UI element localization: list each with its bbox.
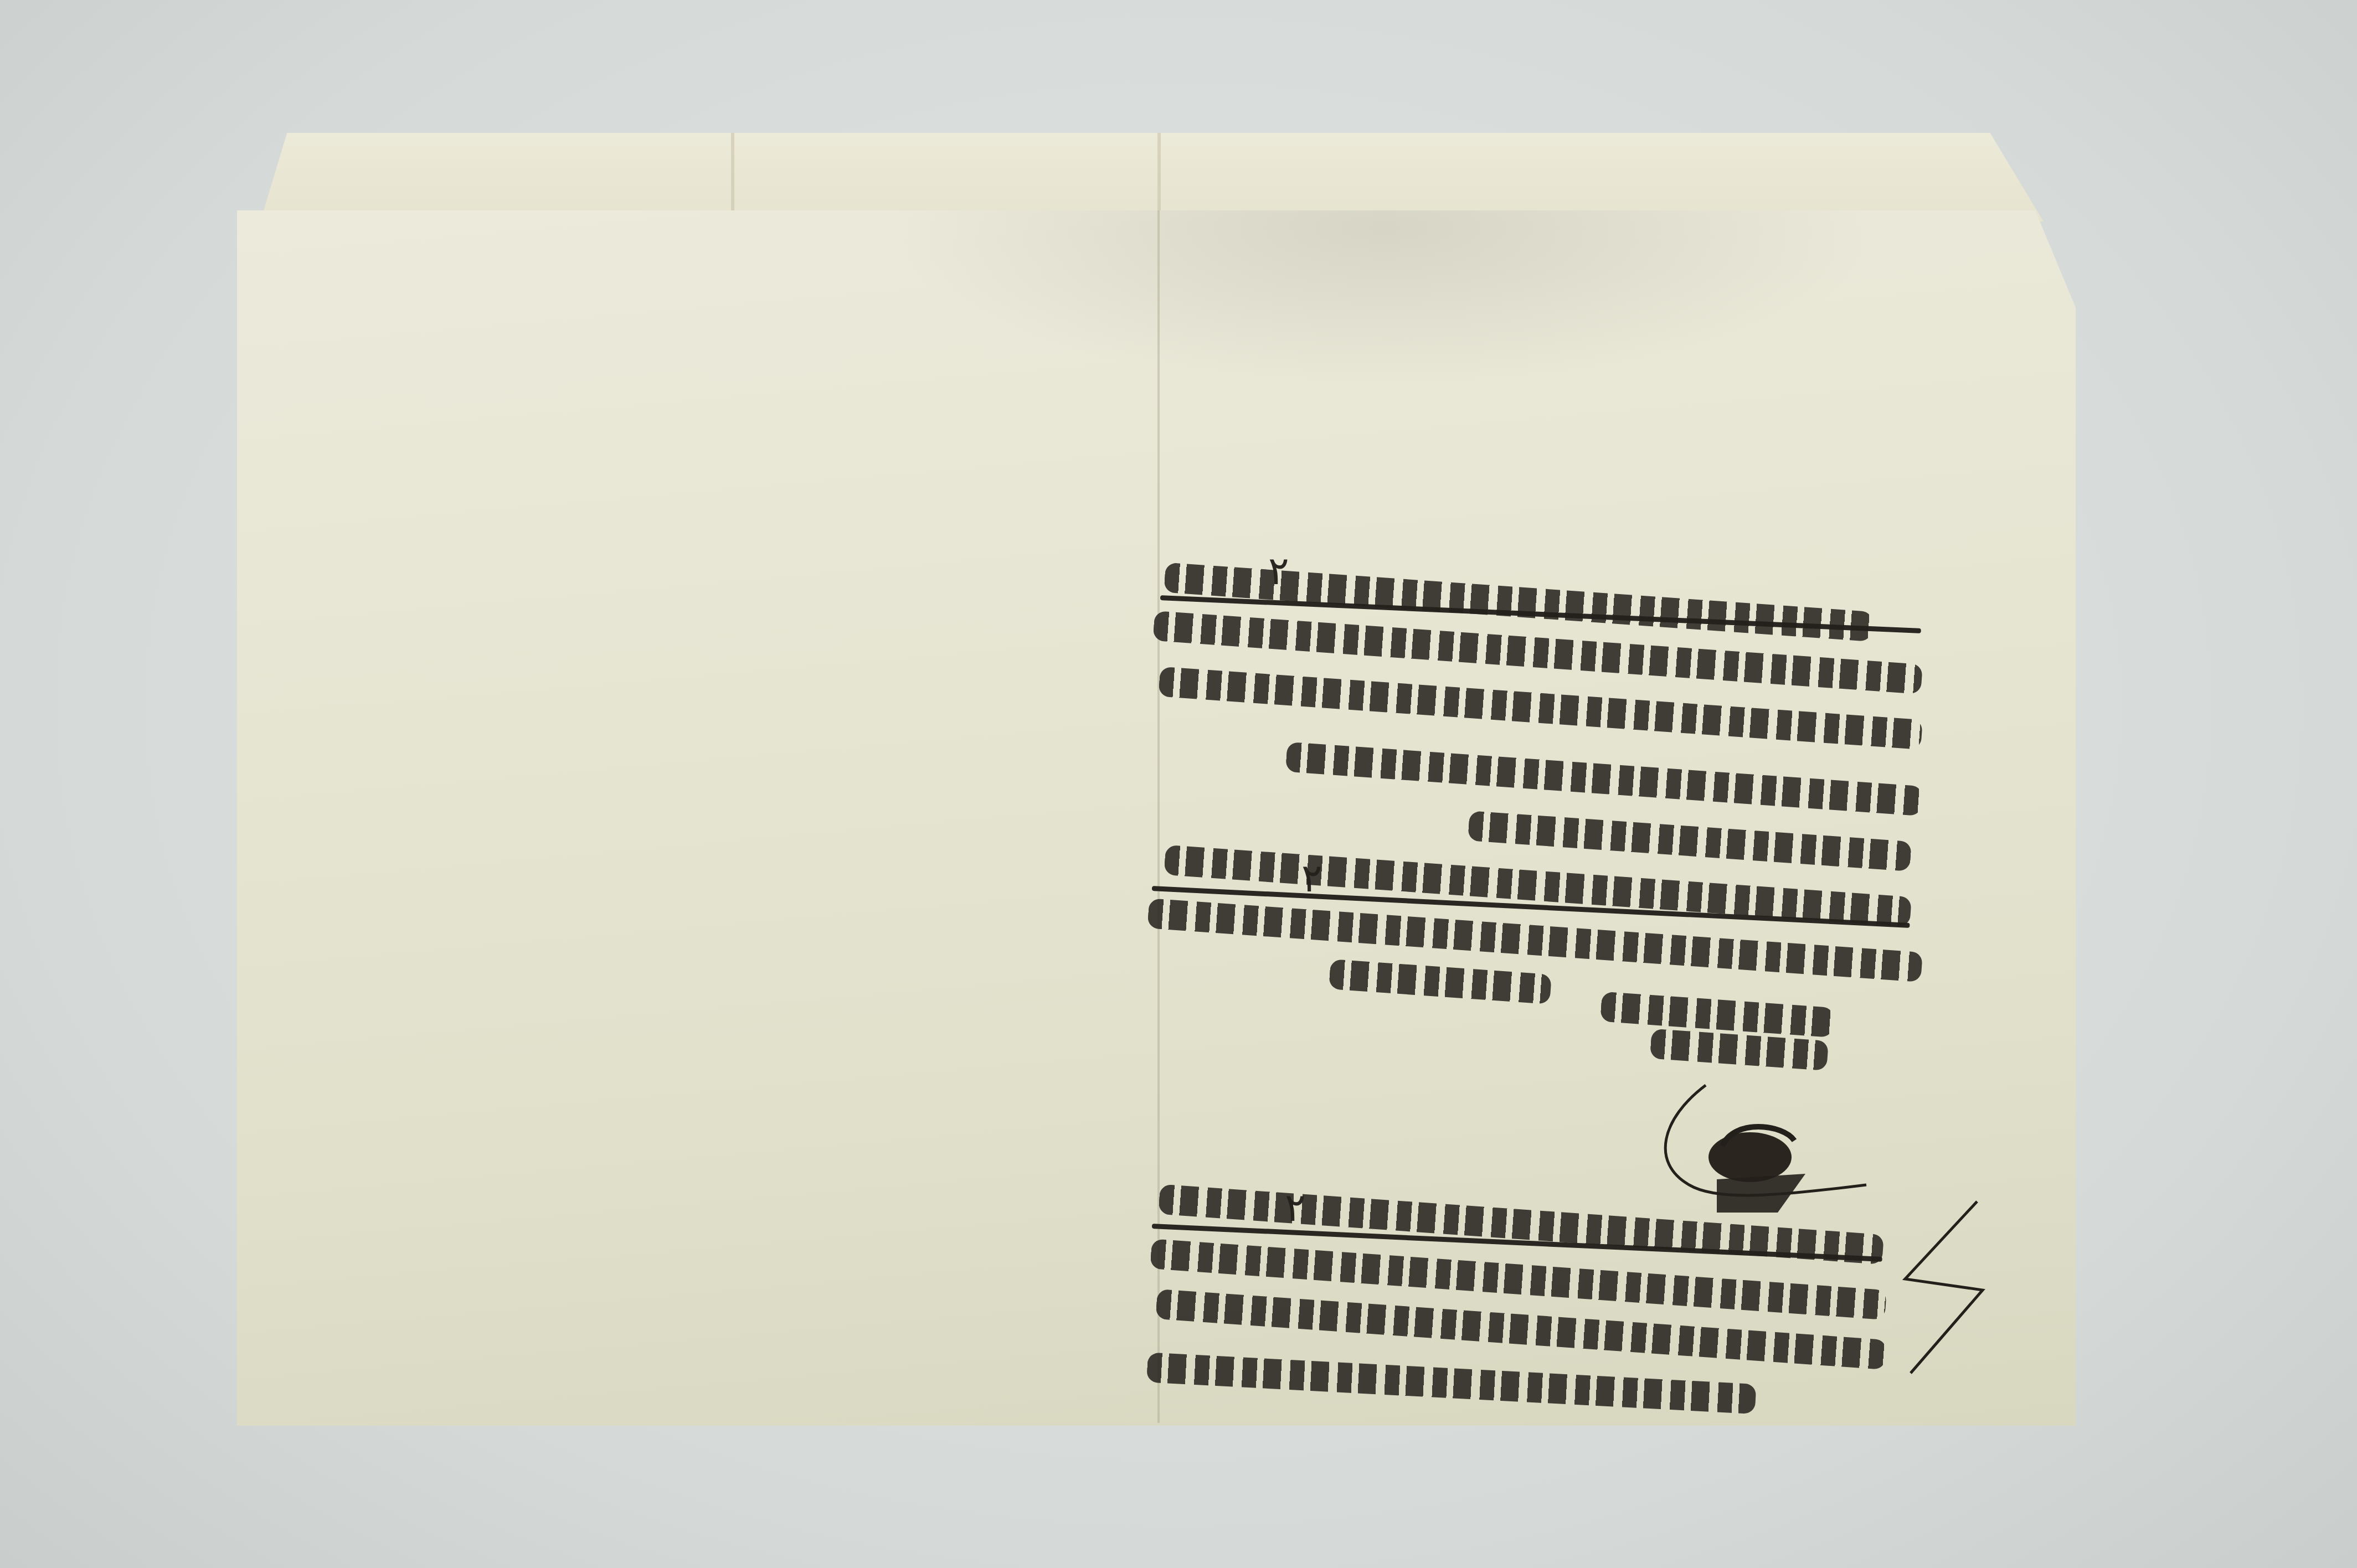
tugra-signature-icon xyxy=(1639,1080,1872,1224)
folded-top-flap xyxy=(260,133,2044,221)
flap-crease xyxy=(731,133,734,221)
paper-crumple xyxy=(886,210,1883,388)
margin-pen-stroke xyxy=(1888,1196,1999,1379)
flap-crease xyxy=(1157,133,1161,221)
